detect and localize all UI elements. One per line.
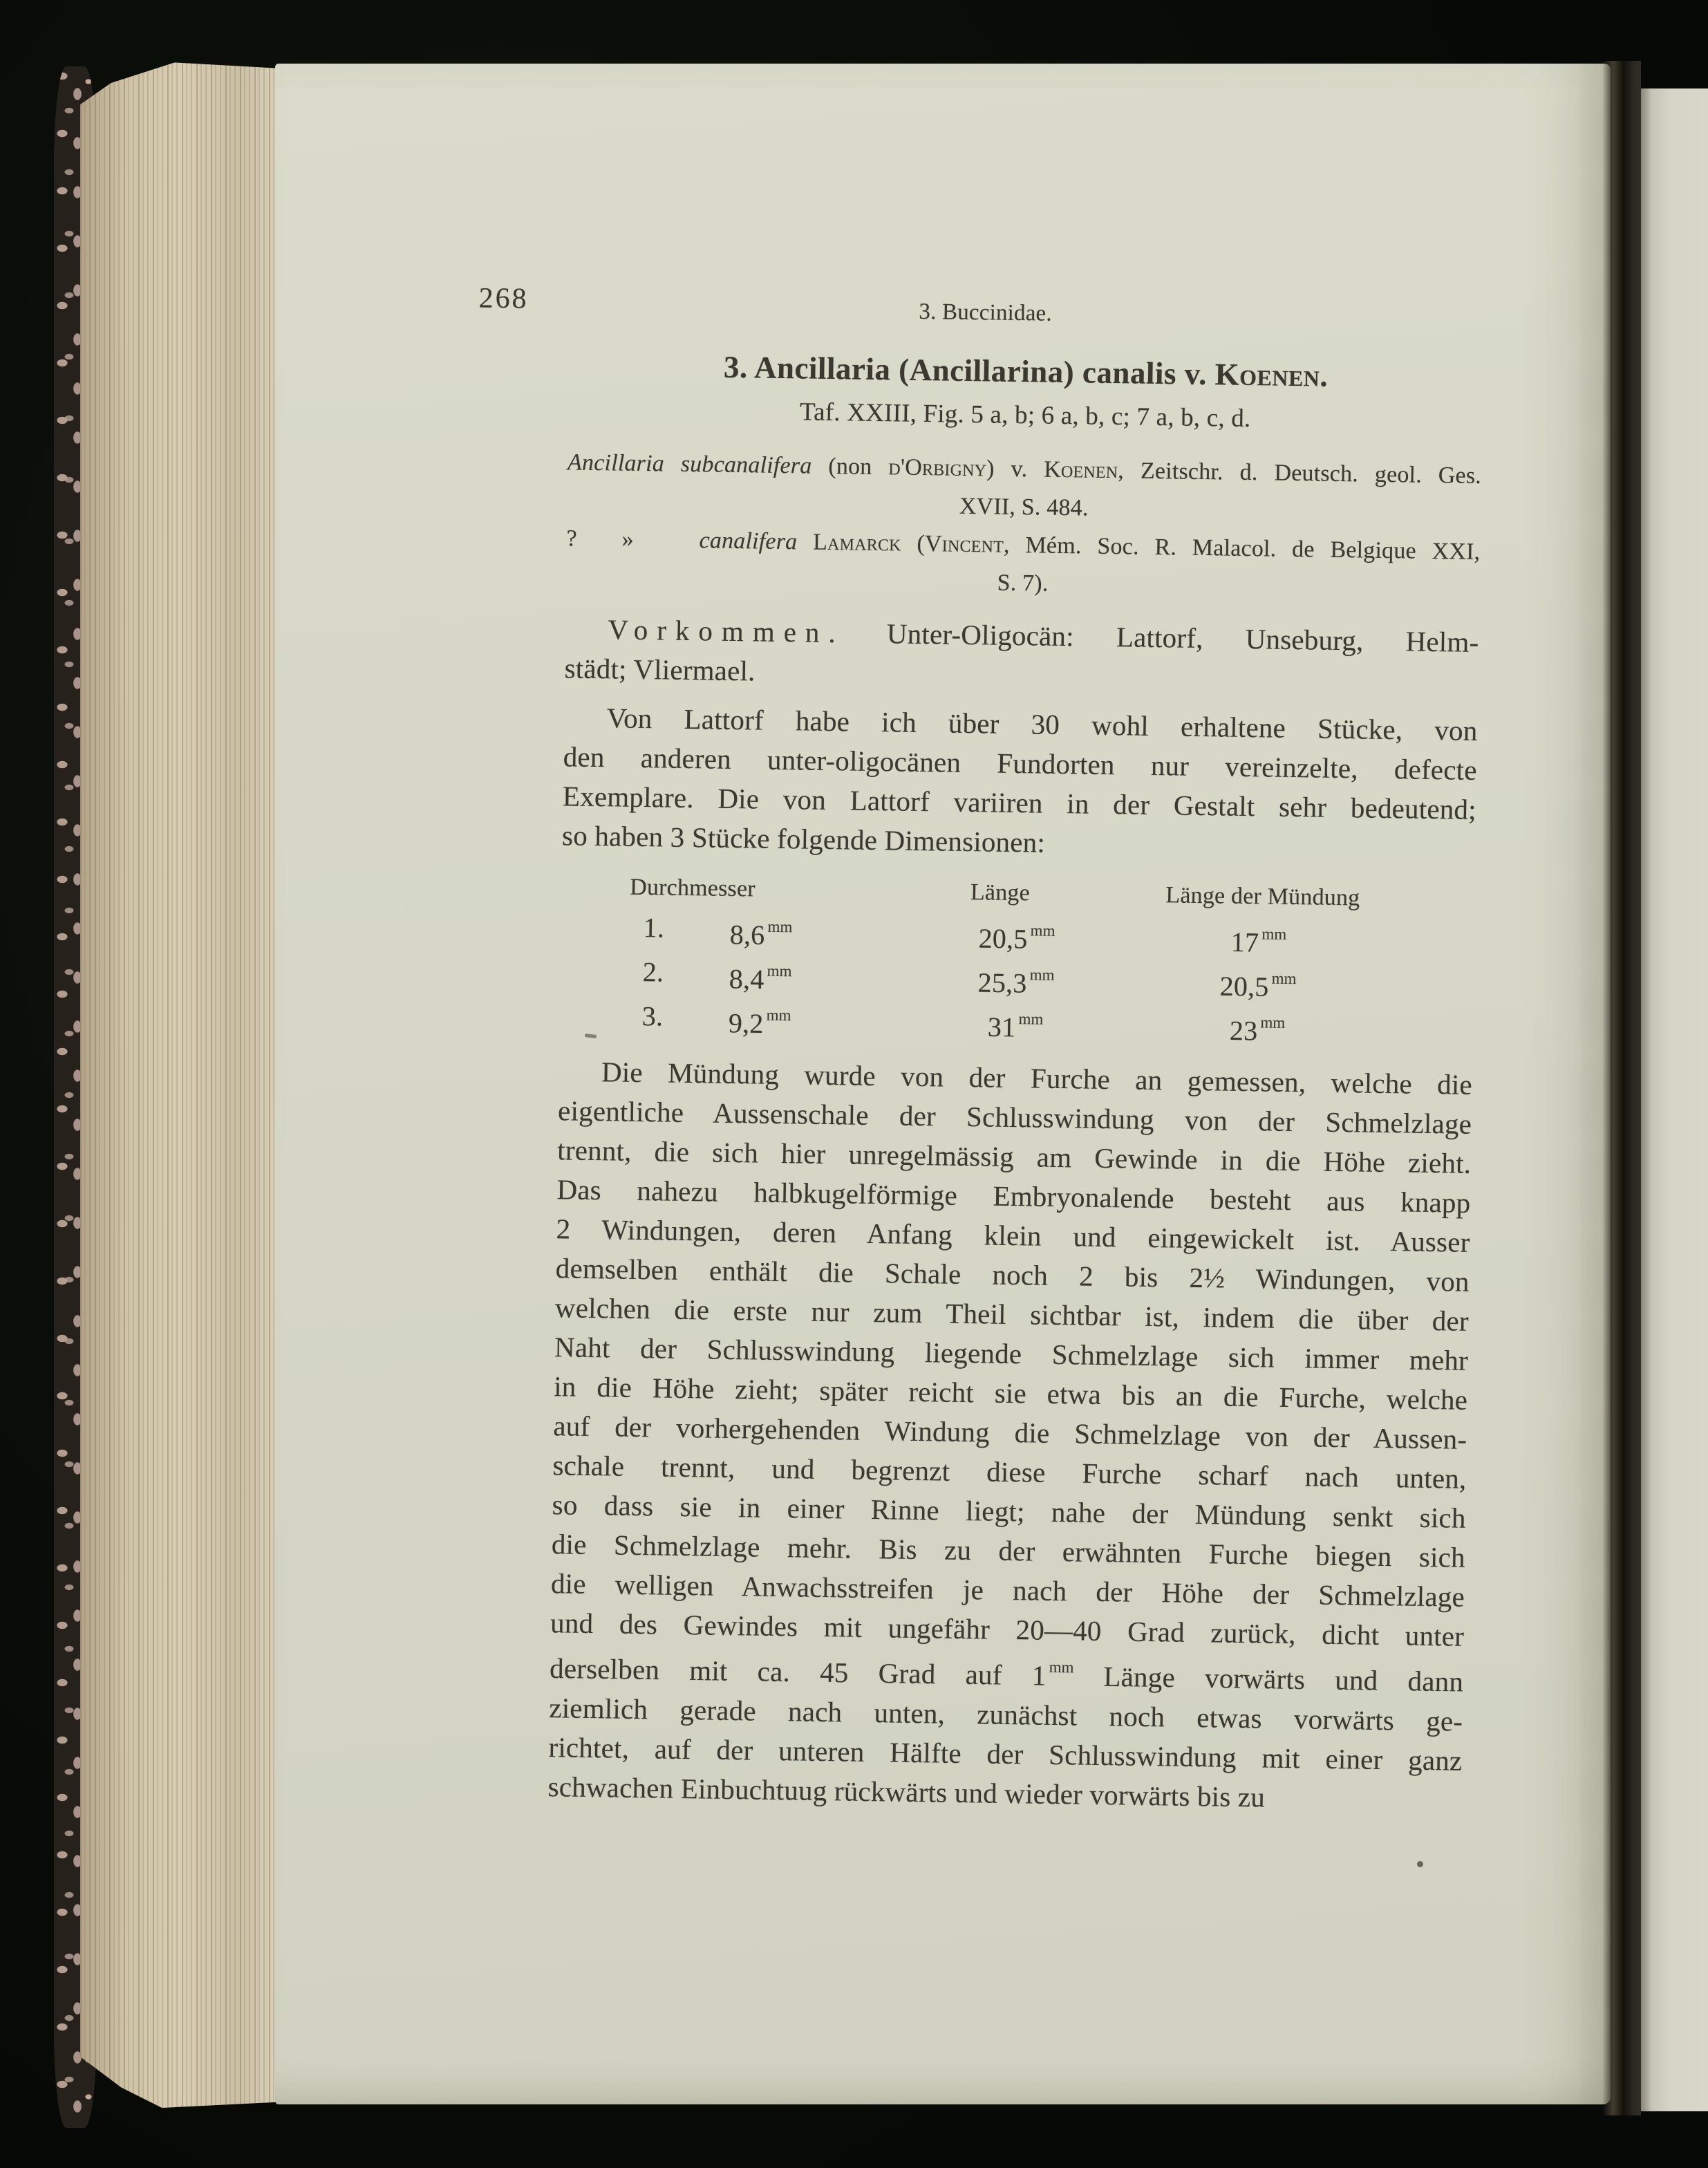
synonym-author: Koenen, [1044, 457, 1124, 484]
running-title: 3. Buccinidae. [919, 292, 1052, 334]
unit-superscript: mm [1260, 1013, 1285, 1031]
ink-speck [1417, 1861, 1423, 1867]
species-name: Ancillaria (Ancillarina) canalis [754, 350, 1177, 391]
unit-superscript: mm [1049, 1658, 1074, 1676]
value-durchmesser: 9,2mm [729, 998, 791, 1044]
ditto-mark: » [621, 527, 634, 552]
book-gutter-shadow [1602, 61, 1641, 2115]
intro-paragraph: Von Lattorf habe ich über 30 wohl erhalt… [562, 698, 1478, 869]
page-number: 268 [478, 279, 529, 319]
plate-reference: Taf. XXIII, Fig. 5 a, b; 6 a, b, c; 7 a,… [568, 392, 1483, 439]
value-muendung: 17mm [1230, 917, 1286, 963]
column-header-durchmesser: Durchmesser [630, 868, 756, 909]
row-number: 2. [642, 952, 664, 991]
synonym-reference: Mém. Soc. R. Malacol. de Belgique XXI, [1025, 532, 1480, 565]
synonymy-block: Ancillaria subcanalifera (non d'Orbigny)… [565, 443, 1481, 609]
column-header-muendung: Länge der Mündung [1165, 875, 1360, 917]
unit-superscript: mm [1271, 970, 1296, 988]
occurrence-label: Vorkommen. [608, 613, 845, 648]
synonym-species: canalifera [699, 527, 797, 554]
value-laenge: 25,3mm [977, 957, 1055, 1003]
species-author: Koenen. [1214, 357, 1328, 393]
species-number: 3. [724, 350, 748, 385]
unit-superscript: mm [1261, 925, 1286, 943]
book-scan: 268 3. Buccinidae. 3. Ancillaria (Ancill… [0, 0, 1708, 2168]
unit-superscript: mm [767, 962, 791, 980]
description-paragraph: Die Mündung wurde von der Furche an geme… [547, 1052, 1472, 1820]
synonym-orbigny: d'Orbigny) [888, 454, 995, 481]
synonym-species: Ancillaria subcanalifera [567, 449, 812, 478]
species-title: 3. Ancillaria (Ancillarina) canalis v. K… [569, 345, 1483, 398]
value-muendung: 20,5mm [1219, 960, 1297, 1007]
column-header-laenge: Länge [970, 872, 1031, 913]
row-number: 1. [643, 908, 664, 947]
unit-superscript: mm [767, 918, 792, 936]
page-edge-stack [80, 59, 285, 2110]
value-laenge: 20,5mm [978, 913, 1055, 959]
unit-superscript: mm [1030, 922, 1055, 940]
occurrence-paragraph: Vorkommen. Unter-Oligocän: Lattorf, Unse… [564, 609, 1479, 702]
value-durchmesser: 8,4mm [729, 953, 791, 1000]
dimensions-table: Durchmesser Länge Länge der Mündung 1.8,… [559, 866, 1476, 1053]
row-number: 3. [641, 996, 663, 1036]
unit-superscript: mm [767, 1007, 791, 1025]
value-laenge: 31mm [988, 1001, 1044, 1047]
occurrence-localities: Unter-Oligocän: Lattorf, Unseburg, Helm- [887, 617, 1479, 658]
value-durchmesser: 8,6mm [729, 909, 792, 955]
dimensions-table-rows: 1.8,6mm20,5mm17mm2.8,4mm25,3mm20,5mm3.9,… [559, 906, 1475, 1053]
value-muendung: 23mm [1230, 1005, 1286, 1052]
author-particle: v. [1184, 357, 1207, 391]
synonym-author: Lamarck [813, 530, 901, 557]
uncertainty-mark: ? [566, 525, 577, 551]
synonym-reference: Zeitschr. d. Deutsch. geol. Ges. [1141, 458, 1482, 489]
synonym-particle: v. [1011, 456, 1027, 482]
unit-superscript: mm [1030, 966, 1055, 984]
page-content: 268 3. Buccinidae. 3. Ancillaria (Ancill… [547, 281, 1484, 1820]
synonym-qualifier: (non [828, 454, 872, 480]
next-page-sliver [1641, 88, 1708, 2111]
unit-superscript: mm [1018, 1010, 1043, 1028]
cited-author: (Vincent, [917, 531, 1010, 558]
